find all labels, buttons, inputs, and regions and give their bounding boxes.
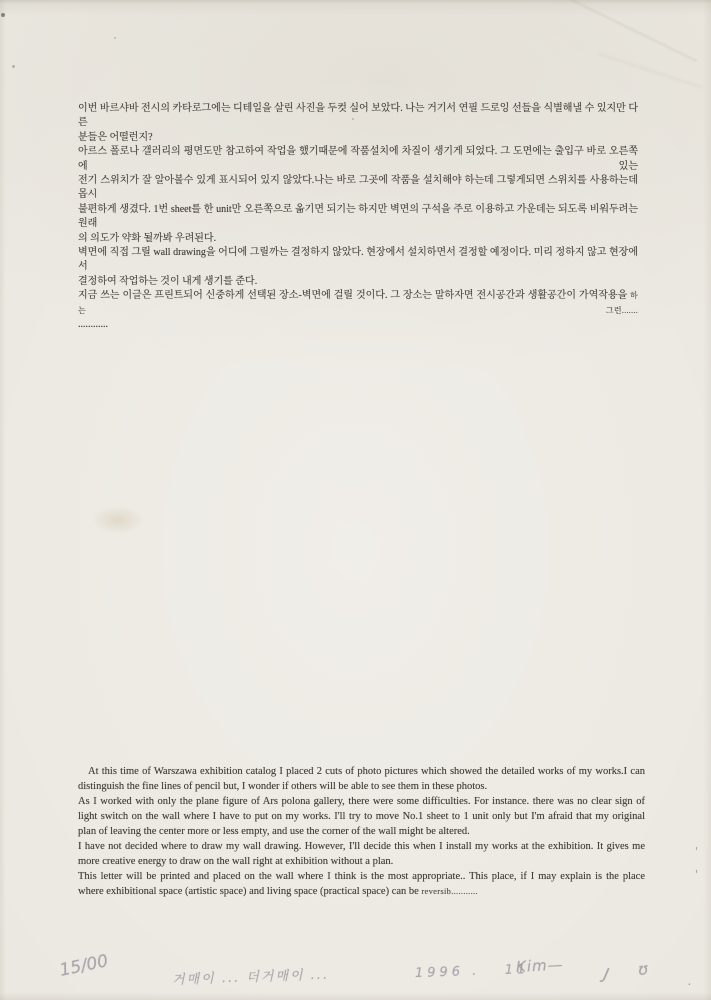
text-line-main: At this time of Warszawa exhibition cata… [88,766,645,777]
paper-stain [92,506,144,534]
text-line: 아르스 폴로나 갤러리의 평면도만 참고하여 작업을 했기때문에 작품설치에 차… [78,145,638,174]
text-line: 지금 쓰는 이글은 프린트되어 신중하게 선택된 장소-벽면에 걸릴 것이다. … [78,289,638,318]
text-line-main: plan of leaving the center more or less … [78,826,470,837]
text-line-small-suffix: reversib........... [421,886,477,896]
paper-speck [114,37,116,39]
text-line-main: 지금 쓰는 이글은 프린트되어 신중하게 선택된 장소-벽면에 걸릴 것이다. … [78,290,627,301]
text-line-main: 불편하게 생겼다. 1번 sheet를 한 unit만 오른쪽으로 옮기면 되기… [78,204,638,229]
text-line: 결정하여 작업하는 것이 내게 생기를 준다. [78,275,638,289]
text-line: ............ [78,318,638,332]
text-line-main: ............ [78,319,108,330]
text-line-main: 아르스 폴로나 갤러리의 평면도만 참고하여 작업을 했기때문에 작품설치에 차… [78,146,638,171]
text-line: I have not decided where to draw my wall… [78,839,645,854]
english-paragraph: At this time of Warszawa exhibition cata… [78,764,645,899]
paper-speck [12,65,15,68]
text-line: 이번 바르샤바 전시의 카타로그에는 디테일을 살린 사진을 두컷 실어 보았다… [78,102,638,131]
signature-initial: J [602,964,611,984]
date-note: 1996 . 11 [415,962,530,981]
text-line-main: 이번 바르샤바 전시의 카타로그에는 디테일을 살린 사진을 두컷 실어 보았다… [78,103,638,128]
korean-pencil-note: 거매이 ... 더거매이 ... [172,964,330,988]
text-line: 불편하게 생겼다. 1번 sheet를 한 unit만 오른쪽으로 옮기면 되기… [78,203,638,232]
korean-paragraph: 이번 바르샤바 전시의 카타로그에는 디테일을 살린 사진을 두컷 실어 보았다… [78,102,638,333]
text-line: 벽면에 직접 그릴 wall drawing을 어디에 그릴까는 결정하지 않았… [78,246,638,275]
text-line-main: This letter will be printed and placed o… [78,871,645,882]
margin-tick-2: ' [695,868,698,881]
text-line: distinguish the fine lines of pencil but… [78,779,645,794]
text-line-main: distinguish the fine lines of pencil but… [78,781,487,792]
pencil-dot: . [688,974,692,988]
text-line-main: As I worked with only the plane figure o… [78,796,645,807]
text-line: 의 의도가 약화 될까봐 우려된다. [78,232,638,246]
text-line-main: light switch on the wall where I have to… [78,811,645,822]
paper-crease [598,53,703,88]
text-line-main: 의 의도가 약화 될까봐 우려된다. [78,233,216,244]
text-line-main: 분들은 어떨런지? [78,132,153,143]
text-line-main: I have not decided where to draw my wall… [78,841,645,852]
text-line: plan of leaving the center more or less … [78,824,645,839]
text-line: As I worked with only the plane figure o… [78,794,645,809]
paper-speck [1,13,5,17]
text-line: 분들은 어떨런지? [78,131,638,145]
margin-tick-1: ' [695,845,698,858]
signature-flourish: ʊ [637,959,649,979]
text-line: light switch on the wall where I have to… [78,809,645,824]
text-line-main: where exhibitional space (artistic space… [78,886,421,897]
text-line: This letter will be printed and placed o… [78,869,645,884]
text-line-main: 결정하여 작업하는 것이 내게 생기를 준다. [78,276,257,287]
text-line-main: more creative energy to draw on the wall… [78,856,393,867]
text-line: more creative energy to draw on the wall… [78,854,645,869]
text-line: where exhibitional space (artistic space… [78,884,645,899]
text-line-main: 전기 스위치가 잘 알아볼수 있게 표시되어 있지 않았다.나는 바로 그곳에 … [78,175,638,200]
text-line: 전기 스위치가 잘 알아볼수 있게 표시되어 있지 않았다.나는 바로 그곳에 … [78,174,638,203]
paper-crease [562,0,697,62]
text-line: At this time of Warszawa exhibition cata… [78,764,645,779]
text-line-main: 벽면에 직접 그릴 wall drawing을 어디에 그릴까는 결정하지 않았… [78,247,638,272]
edition-number: 15/00 [58,951,110,981]
signature: Kim— [516,956,565,976]
